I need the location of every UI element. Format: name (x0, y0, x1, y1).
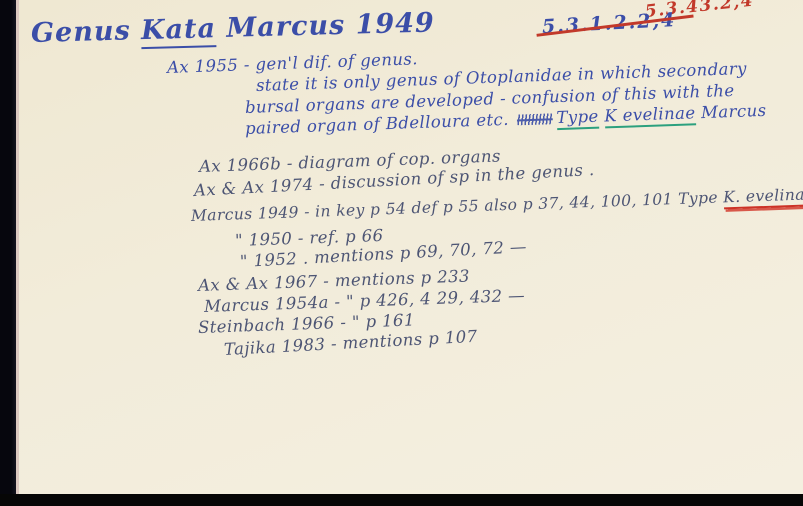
genus-label: Genus (31, 15, 131, 49)
ink-scribble (516, 113, 552, 125)
scanned-index-card-image: Genus Kata Marcus 1949 5.3.43.2,4 5.3.1.… (0, 0, 803, 506)
scan-border-bottom (0, 494, 803, 506)
card-left-edge (16, 0, 19, 496)
scan-border-left (0, 0, 16, 496)
genus-name: Kata (141, 13, 217, 49)
author-name: Marcus 1949 (226, 7, 435, 43)
